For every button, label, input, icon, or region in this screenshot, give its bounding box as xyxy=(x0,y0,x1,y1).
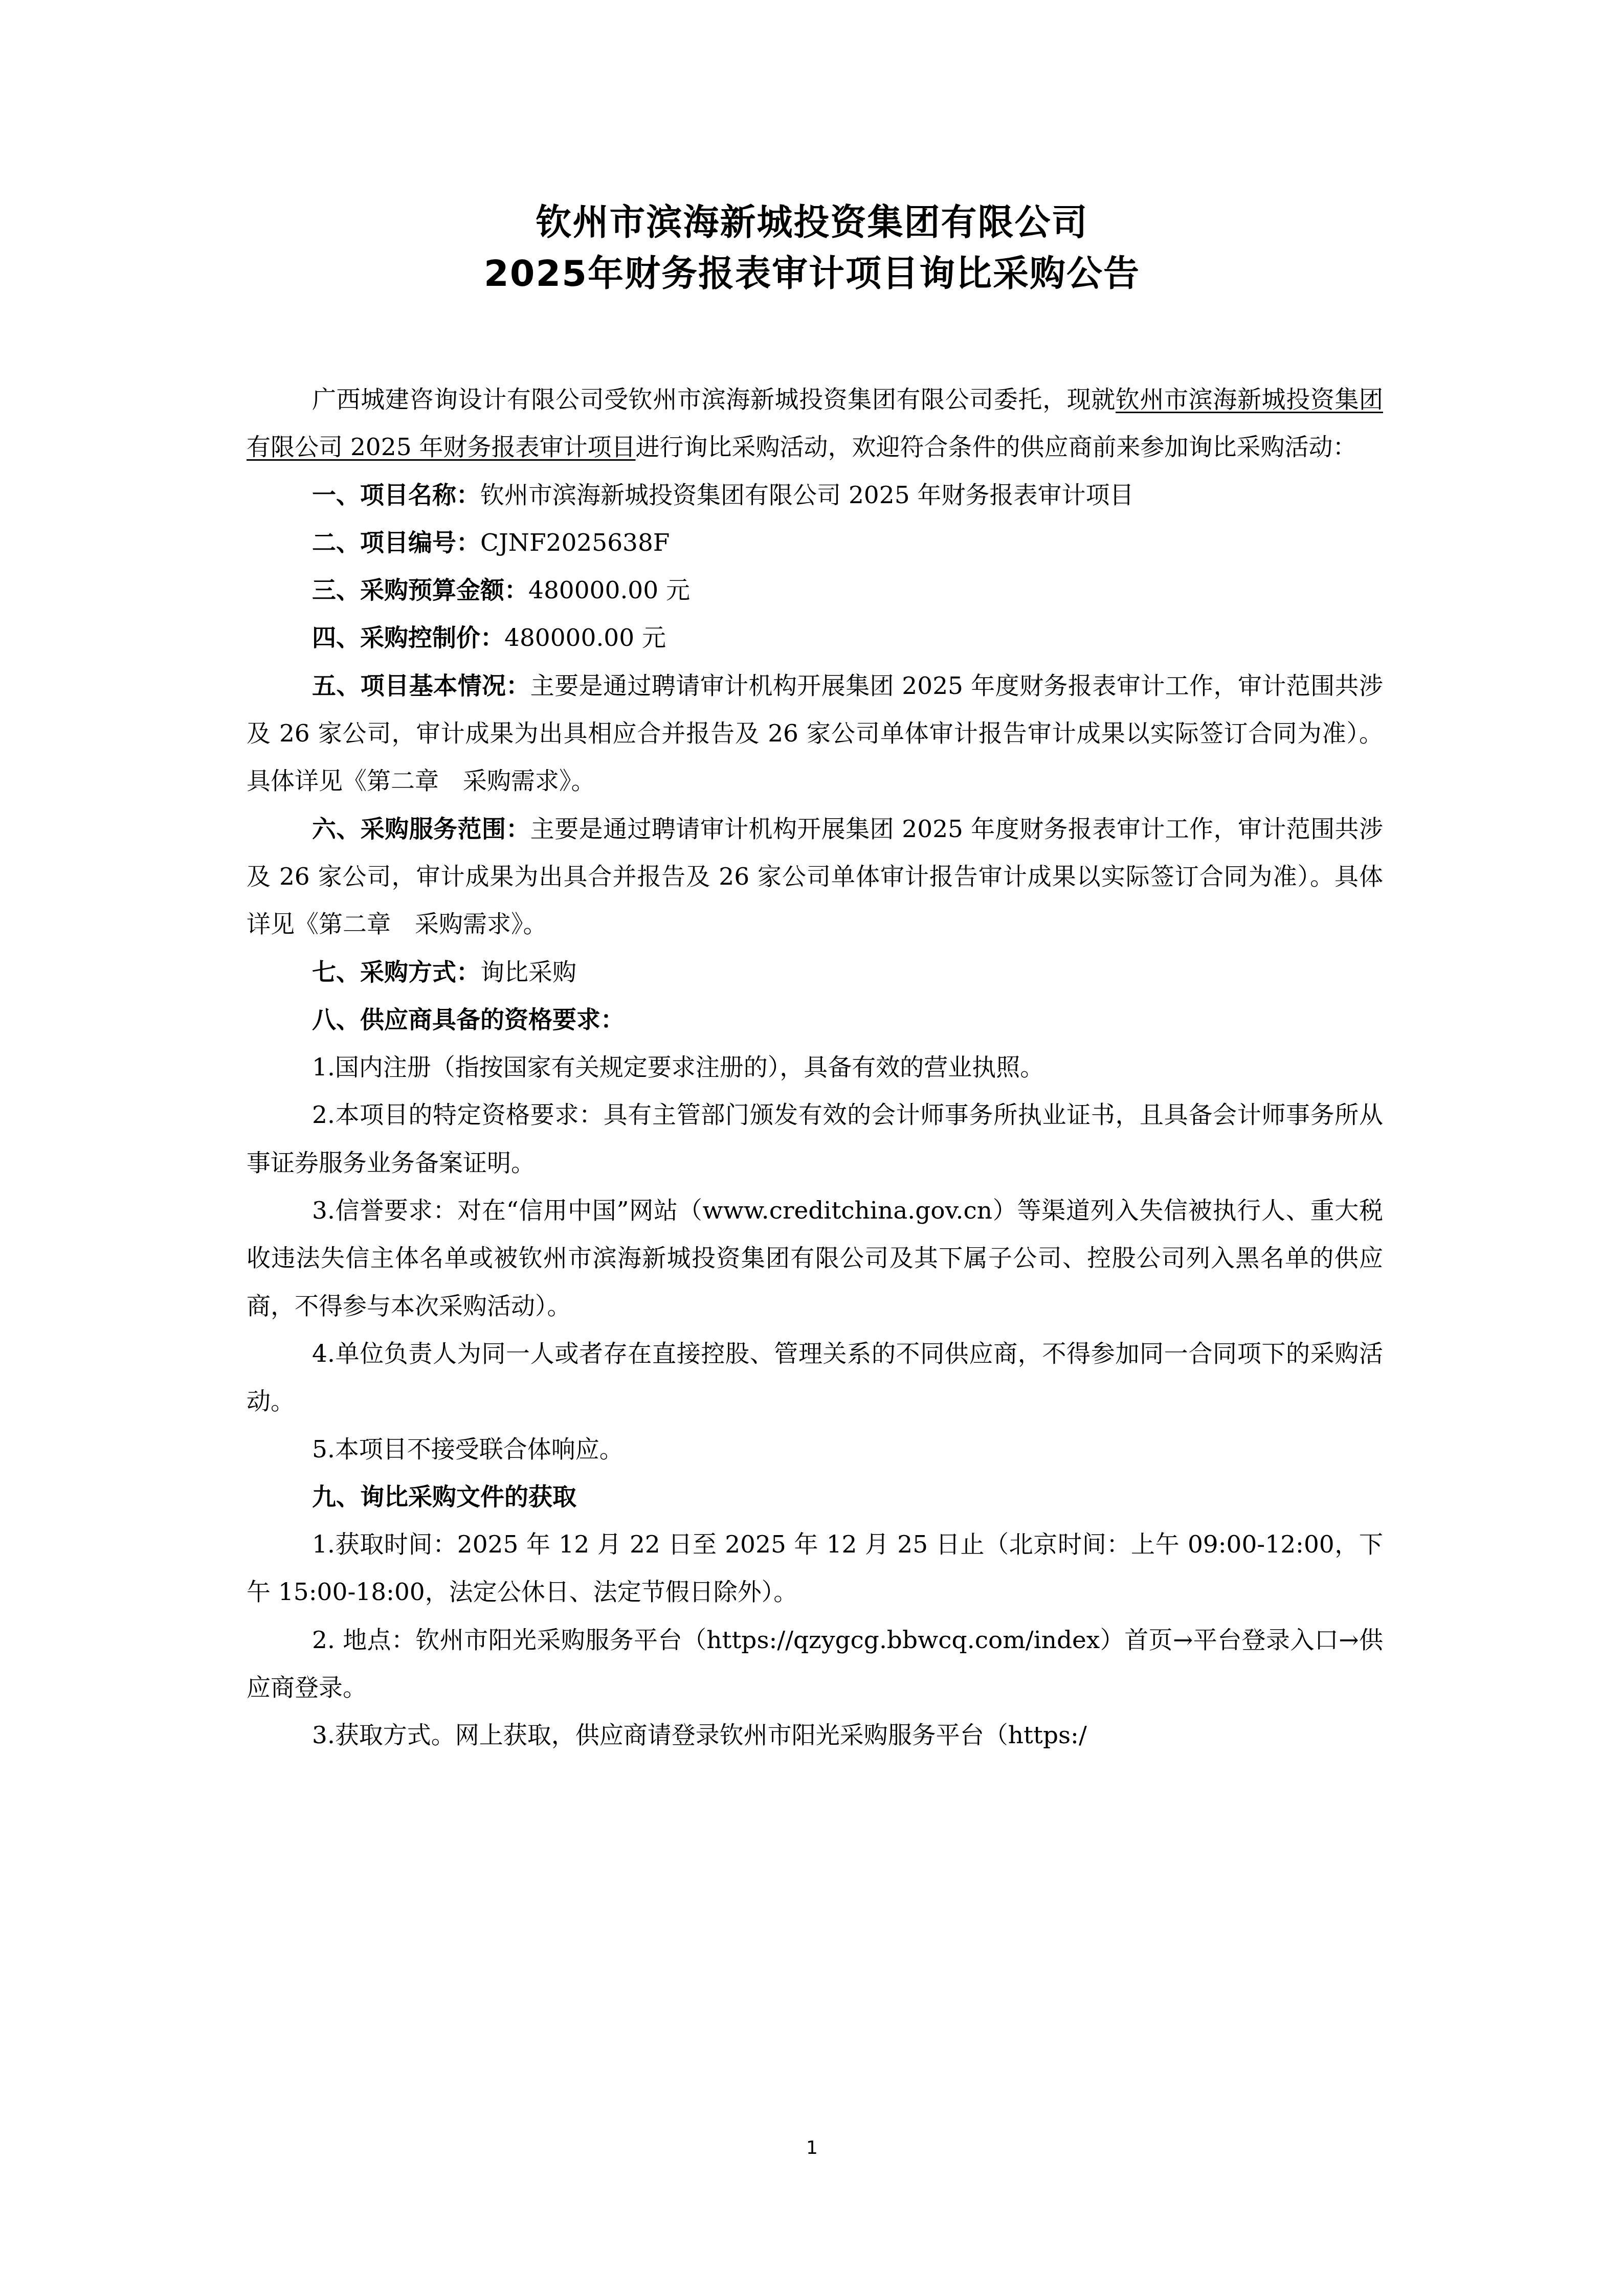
document-title-line2: 2025年财务报表审计项目询比采购公告 xyxy=(0,251,1624,297)
section-text: CJNF2025638F xyxy=(480,529,670,557)
qualification-item: 3.信誉要求：对在“信用中国”网站（www.creditchina.gov.cn… xyxy=(247,1187,1383,1330)
section-heading: 一、项目名称： xyxy=(312,481,480,509)
document-body: 广西城建咨询设计有限公司受钦州市滨海新城投资集团有限公司委托，现就钦州市滨海新城… xyxy=(247,376,1383,1760)
section-text: 钦州市滨海新城投资集团有限公司 2025 年财务报表审计项目 xyxy=(480,481,1134,509)
section-heading: 五、项目基本情况： xyxy=(312,672,530,700)
intro-prefix: 广西城建咨询设计有限公司受钦州市滨海新城投资集团有限公司委托，现就 xyxy=(312,386,1116,414)
section-procurement-method: 七、采购方式：询比采购 xyxy=(247,949,1383,996)
qualification-item: 5.本项目不接受联合体响应。 xyxy=(247,1426,1383,1473)
intro-paragraph: 广西城建咨询设计有限公司受钦州市滨海新城投资集团有限公司委托，现就钦州市滨海新城… xyxy=(247,376,1383,471)
section-heading: 六、采购服务范围： xyxy=(312,815,530,843)
section-heading: 七、采购方式： xyxy=(312,958,480,986)
section-text: 480000.00 元 xyxy=(528,576,690,604)
section-text: 480000.00 元 xyxy=(504,624,666,652)
document-title-line1: 钦州市滨海新城投资集团有限公司 xyxy=(0,199,1624,245)
section-heading: 八、供应商具备的资格要求： xyxy=(312,1006,625,1034)
section-project-number: 二、项目编号：CJNF2025638F xyxy=(247,519,1383,567)
page-number: 1 xyxy=(0,2137,1624,2158)
section-heading: 二、项目编号： xyxy=(312,529,480,557)
qualification-item: 1.国内注册（指按国家有关规定要求注册的），具备有效的营业执照。 xyxy=(247,1044,1383,1091)
section-heading: 九、询比采购文件的获取 xyxy=(312,1483,576,1511)
qualification-item: 4.单位负责人为同一人或者存在直接控股、管理关系的不同供应商，不得参加同一合同项… xyxy=(247,1330,1383,1426)
acquisition-item: 2. 地点：钦州市阳光采购服务平台（https://qzygcg.bbwcq.c… xyxy=(247,1616,1383,1712)
section-heading: 四、采购控制价： xyxy=(312,624,504,652)
qualification-item: 2.本项目的特定资格要求：具有主管部门颁发有效的会计师事务所执业证书，且具备会计… xyxy=(247,1091,1383,1187)
section-project-name: 一、项目名称：钦州市滨海新城投资集团有限公司 2025 年财务报表审计项目 xyxy=(247,471,1383,519)
document-page: 钦州市滨海新城投资集团有限公司 2025年财务报表审计项目询比采购公告 广西城建… xyxy=(0,0,1624,2296)
section-budget: 三、采购预算金额：480000.00 元 xyxy=(247,567,1383,614)
acquisition-item: 3.获取方式。网上获取，供应商请登录钦州市阳光采购服务平台（https:/ xyxy=(247,1712,1383,1759)
section-text: 询比采购 xyxy=(480,958,576,986)
section-document-acquisition: 九、询比采购文件的获取 xyxy=(247,1473,1383,1521)
acquisition-item: 1.获取时间：2025 年 12 月 22 日至 2025 年 12 月 25 … xyxy=(247,1521,1383,1616)
intro-suffix: 进行询比采购活动，欢迎符合条件的供应商前来参加询比采购活动： xyxy=(636,433,1357,461)
section-qualifications: 八、供应商具备的资格要求： xyxy=(247,996,1383,1044)
section-service-scope: 六、采购服务范围：主要是通过聘请审计机构开展集团 2025 年度财务报表审计工作… xyxy=(247,805,1383,949)
section-heading: 三、采购预算金额： xyxy=(312,576,528,604)
section-control-price: 四、采购控制价：480000.00 元 xyxy=(247,614,1383,662)
section-basic-info: 五、项目基本情况：主要是通过聘请审计机构开展集团 2025 年度财务报表审计工作… xyxy=(247,662,1383,805)
